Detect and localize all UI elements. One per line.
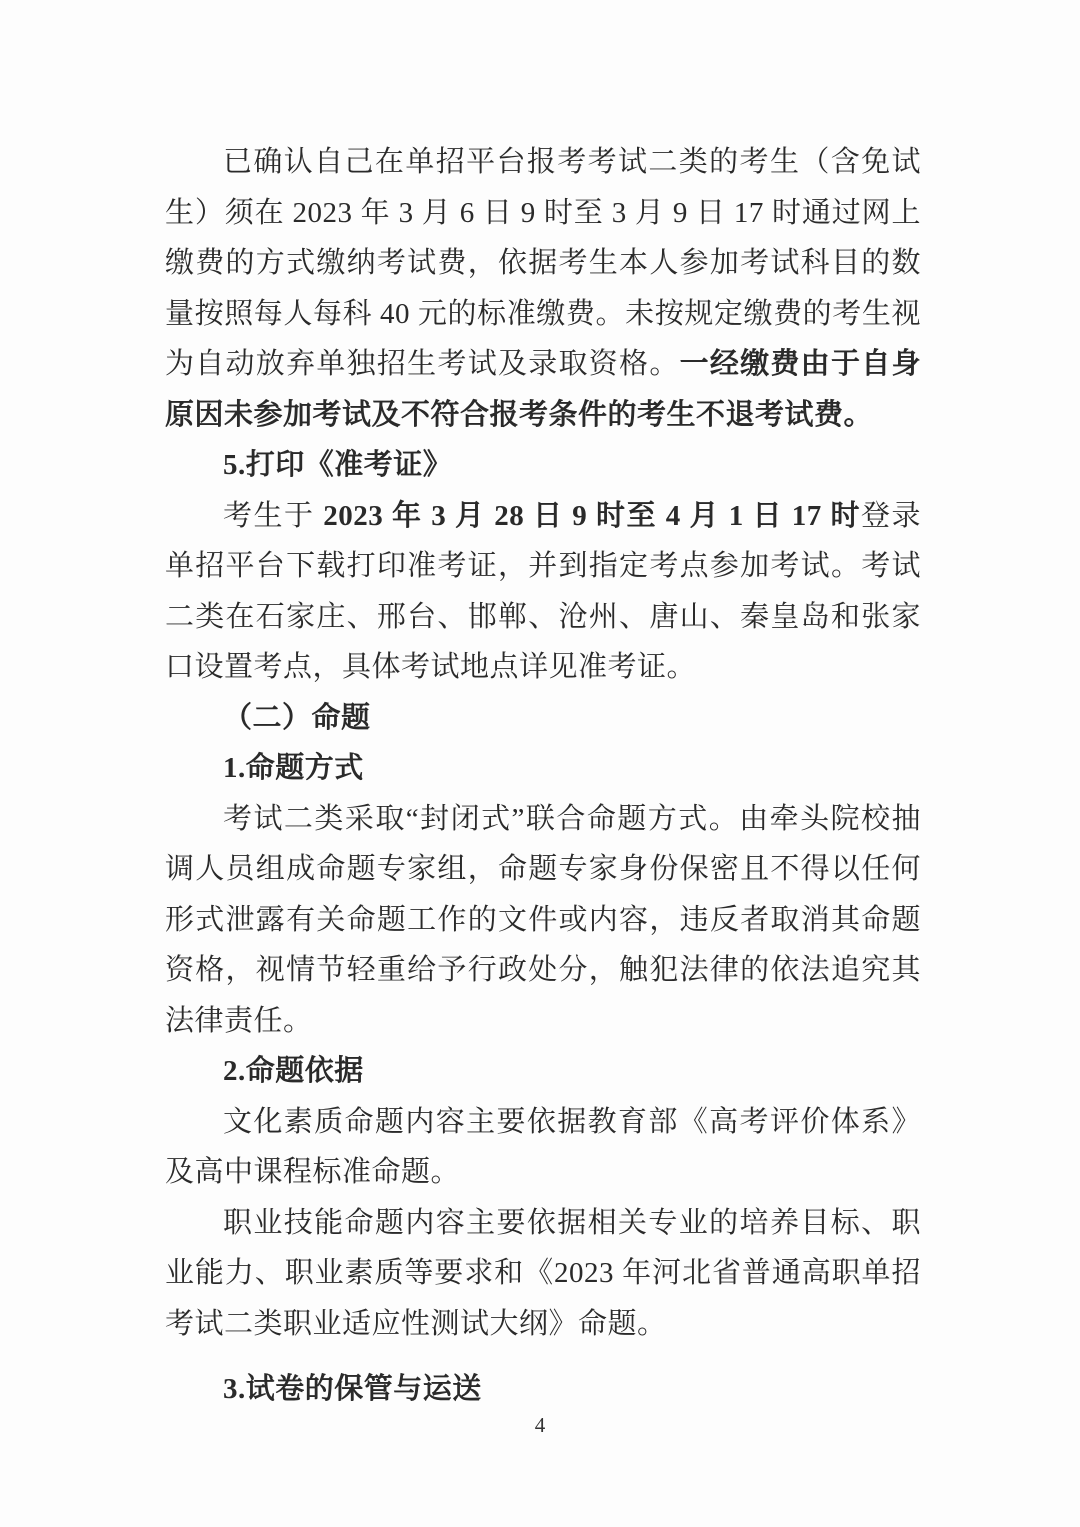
section-heading: 5.打印《准考证》 <box>165 440 921 491</box>
bold-text-segment: 5.打印《准考证》 <box>223 449 452 481</box>
section-heading: 3.试卷的保管与运送 <box>165 1364 921 1415</box>
document-body: 已确认自己在单招平台报考考试二类的考生（含免试生）须在 2023 年 3 月 6… <box>165 137 921 1415</box>
text-segment: 职业技能命题内容主要依据相关专业的培养目标、职业能力、职业素质等要求和《2023… <box>165 1207 921 1340</box>
paragraph: 已确认自己在单招平台报考考试二类的考生（含免试生）须在 2023 年 3 月 6… <box>165 137 921 440</box>
bold-text-segment: （二）命题 <box>223 702 371 734</box>
section-heading: 1.命题方式 <box>165 743 921 794</box>
text-segment: 已确认自己在单招平台报考考试二类的考生（含免试生）须在 2023 年 3 月 6… <box>165 146 921 380</box>
bold-text-segment: 3.试卷的保管与运送 <box>223 1373 482 1405</box>
text-segment: 考生于 <box>223 500 323 532</box>
bold-text-segment: 1.命题方式 <box>223 752 364 784</box>
section-heading: 2.命题依据 <box>165 1046 921 1097</box>
page-number: 4 <box>535 1413 546 1437</box>
page-footer: 4 <box>0 1412 1080 1438</box>
document-page: 已确认自己在单招平台报考考试二类的考生（含免试生）须在 2023 年 3 月 6… <box>0 0 1080 1527</box>
bold-text-segment: 2023 年 3 月 28 日 9 时至 4 月 1 日 17 时 <box>323 500 861 532</box>
paragraph: 文化素质命题内容主要依据教育部《高考评价体系》及高中课程标准命题。 <box>165 1097 921 1198</box>
paragraph: 考生于 2023 年 3 月 28 日 9 时至 4 月 1 日 17 时登录单… <box>165 491 921 693</box>
text-segment: 考试二类采取“封闭式”联合命题方式。由牵头院校抽调人员组成命题专家组，命题专家身… <box>165 803 921 1037</box>
bold-text-segment: 2.命题依据 <box>223 1055 364 1087</box>
paragraph: 职业技能命题内容主要依据相关专业的培养目标、职业能力、职业素质等要求和《2023… <box>165 1198 921 1350</box>
text-segment: 文化素质命题内容主要依据教育部《高考评价体系》及高中课程标准命题。 <box>165 1106 921 1189</box>
paragraph: 考试二类采取“封闭式”联合命题方式。由牵头院校抽调人员组成命题专家组，命题专家身… <box>165 794 921 1047</box>
section-heading: （二）命题 <box>165 693 921 744</box>
